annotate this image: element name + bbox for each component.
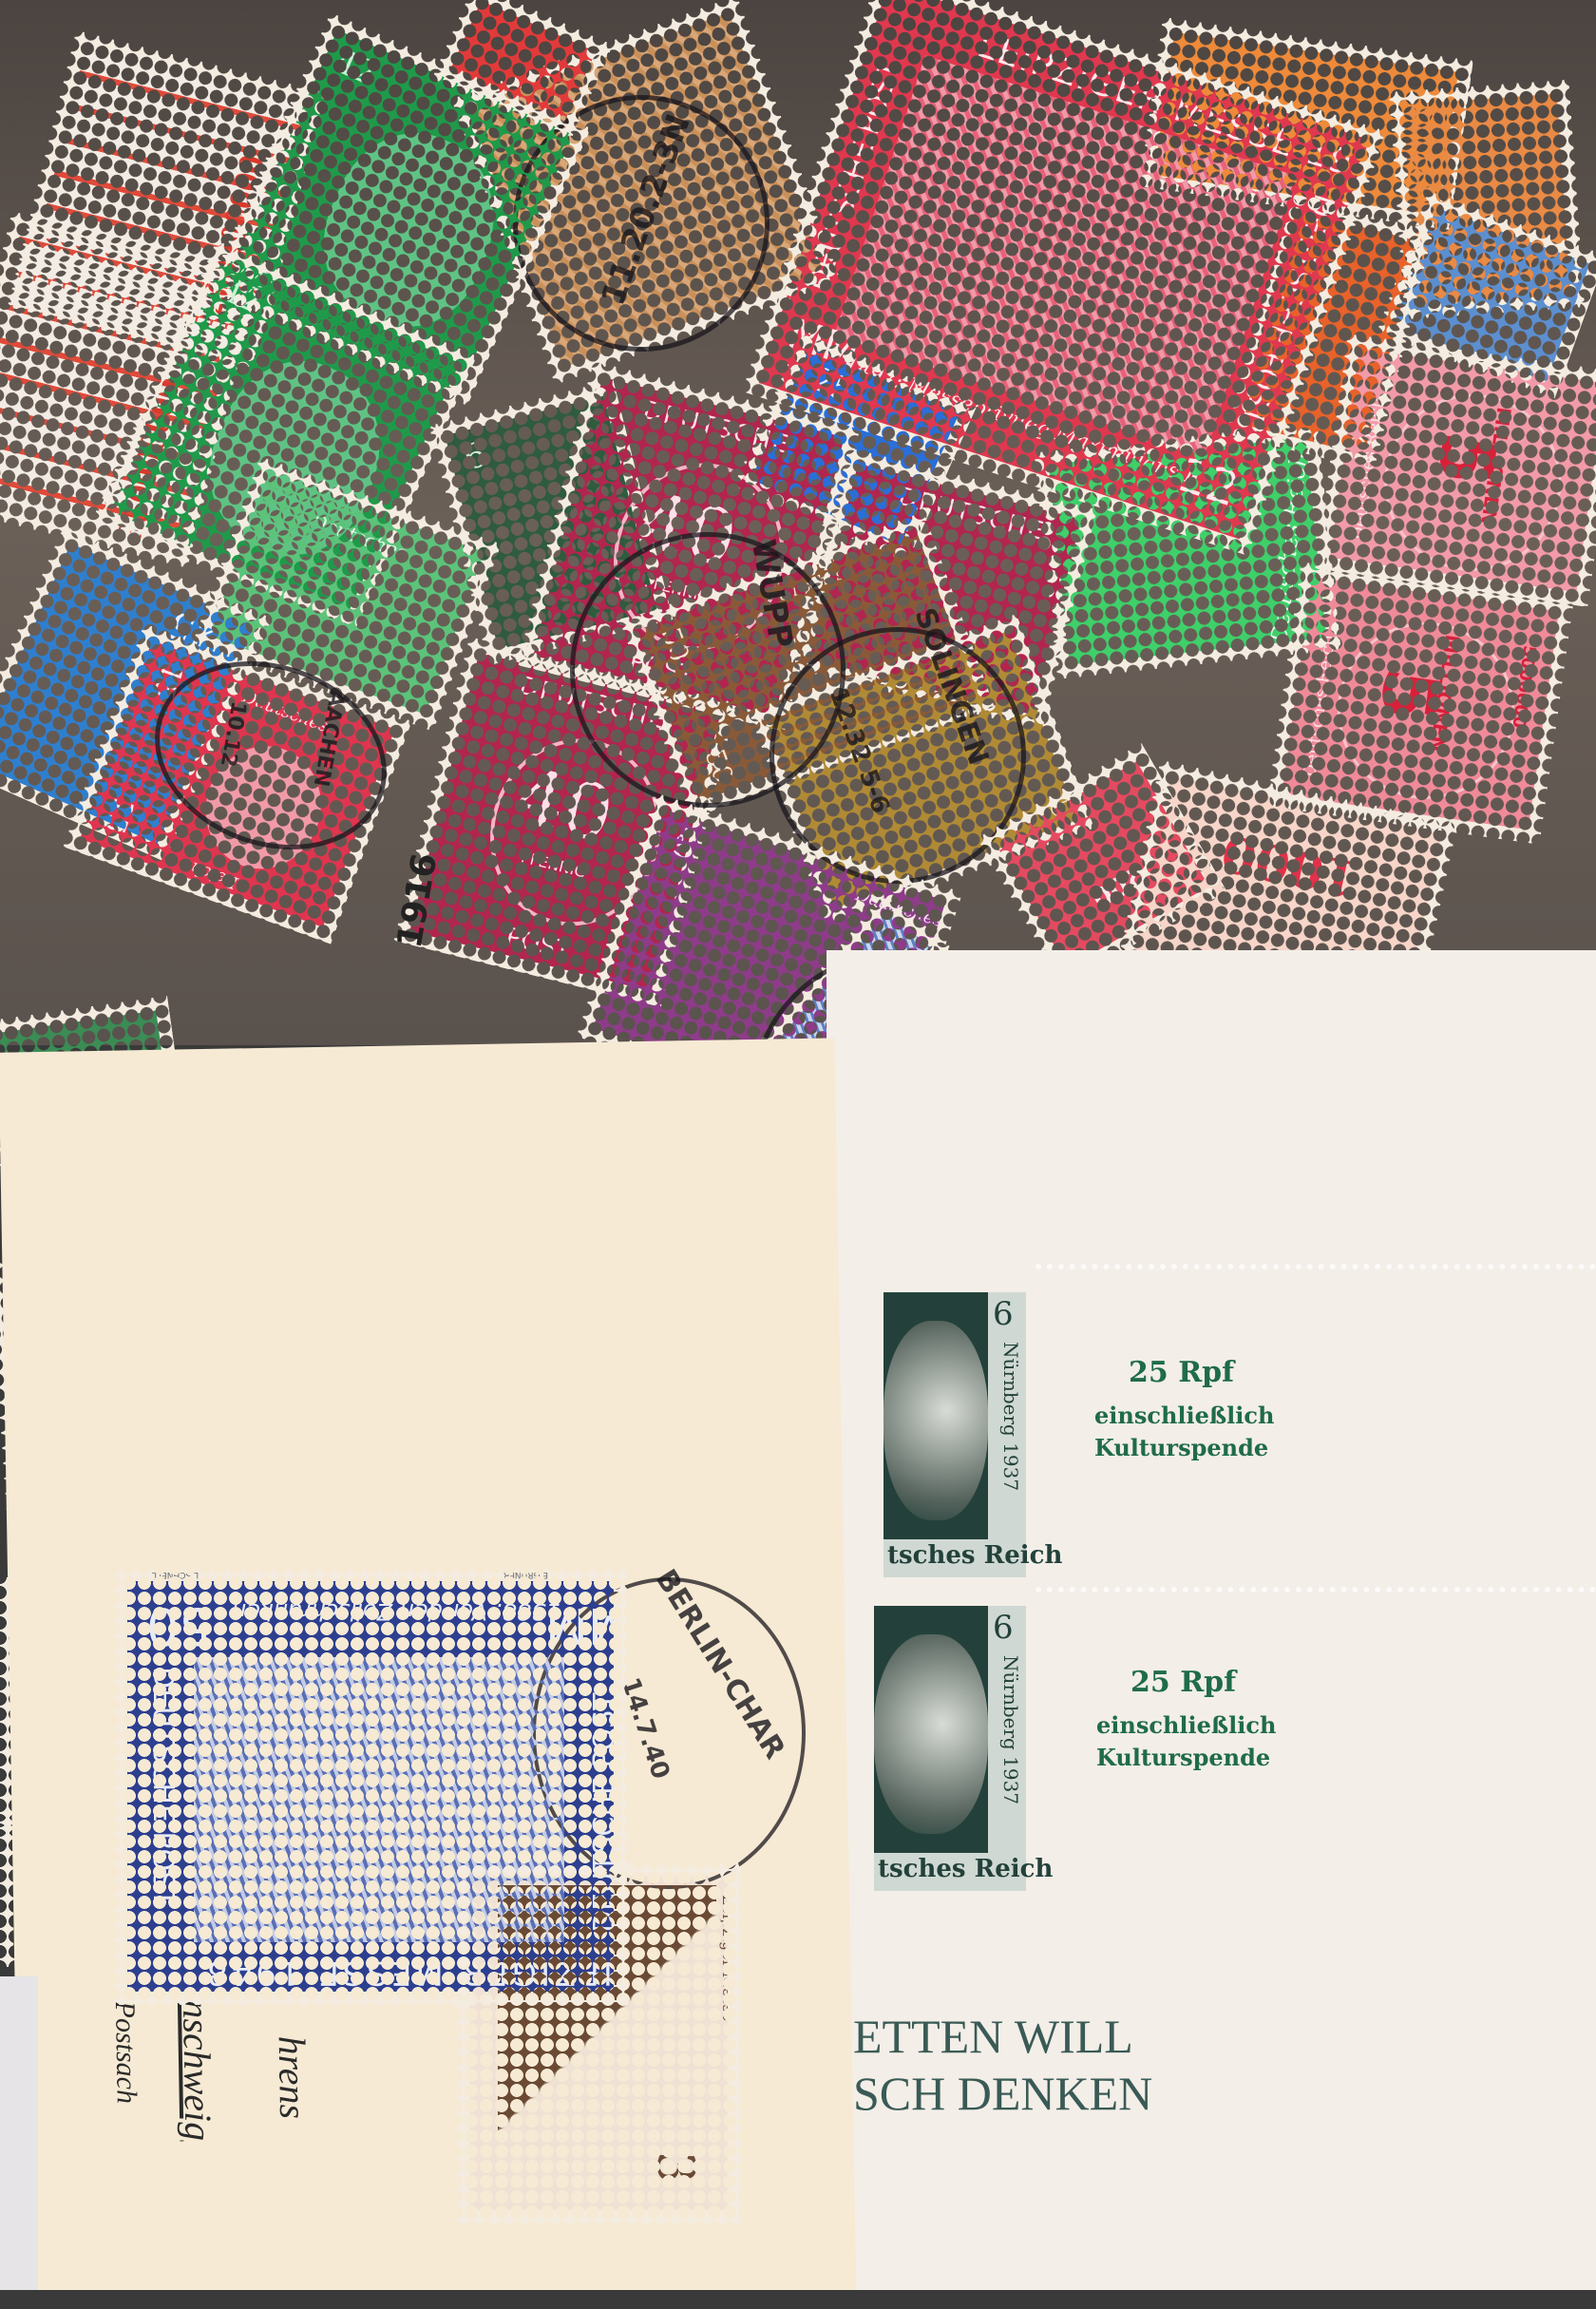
bottom-edge <box>0 2290 1596 2309</box>
label-price-1: 25 Rpf <box>1129 1359 1234 1387</box>
stamp-leipziger-messe-1948: 1388: Vor den Zollschranken 50 MM LEIPZI… <box>114 1568 627 2005</box>
label-line1-1: einschließlich <box>1094 1404 1274 1427</box>
nuernberg-souvenir-sheet: 6 Nürnberg 1937 tsches Reich 6 Nürnberg … <box>826 950 1596 2309</box>
motto-line1: ETTEN WILL <box>853 2013 1133 2060</box>
white-paper-strip <box>0 1976 38 2309</box>
label-line2-1: Kulturspende <box>1094 1437 1268 1460</box>
messe1948-right: DEUTSCHE POST <box>591 1693 614 1933</box>
label-line2-2: Kulturspende <box>1096 1746 1270 1769</box>
messe1948-logo: MM <box>545 1600 614 1650</box>
label-price-2: 25 Rpf <box>1130 1669 1236 1697</box>
nuernberg-stamp-1: 6 Nürnberg 1937 tsches Reich <box>883 1292 1026 1577</box>
motto-line2: SCH DENKEN <box>853 2070 1152 2117</box>
messe1948-left: DEUTSCHE POST <box>148 1667 177 1906</box>
messe1948-value: 50 <box>146 1600 212 1651</box>
nuernberg-stamp-2: 6 Nürnberg 1937 tsches Reich <box>874 1606 1026 1891</box>
label-line1-2: einschließlich <box>1096 1714 1276 1737</box>
messe1947-value: 12 <box>1172 450 1244 514</box>
stamp-5-millionen-a: 5 MILLIONEN Deutsches Reich <box>1315 334 1596 607</box>
messe1948-caption: 1388: Vor den Zollschranken <box>232 1600 560 1623</box>
messe1948-bottom: LEIPZIGER MESSE 1948 <box>203 1956 614 1989</box>
